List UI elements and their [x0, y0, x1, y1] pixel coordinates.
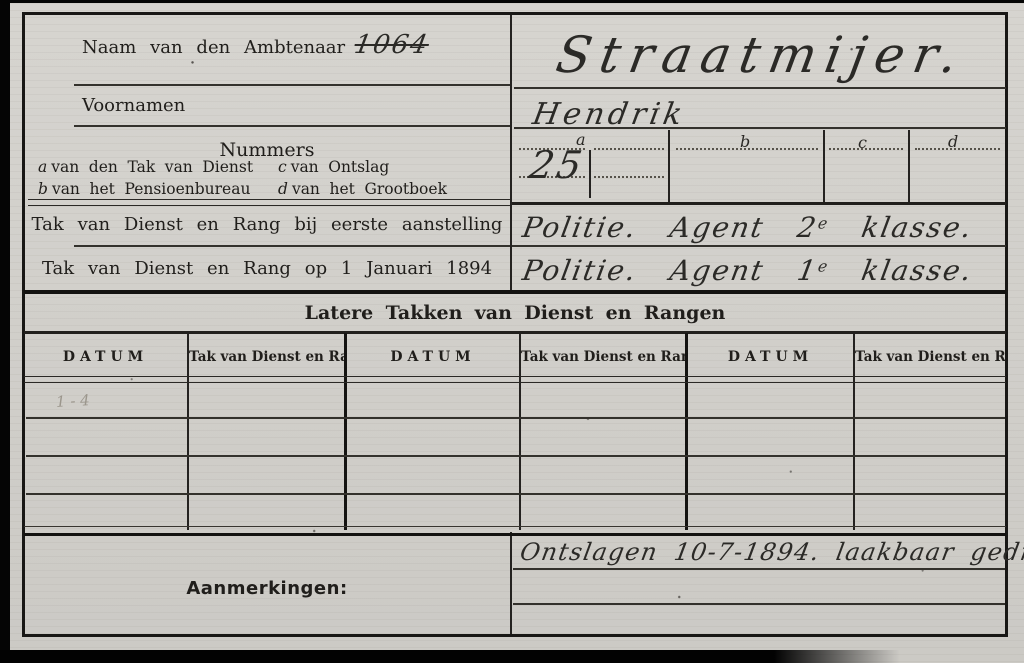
table-title-rule [24, 331, 1006, 334]
numbers-divider-a-sub [589, 150, 591, 198]
table-header-datum-1: DATUM [24, 342, 187, 372]
table-header-datum-2: DATUM [347, 342, 519, 372]
rule-numbers-right [512, 202, 1006, 205]
firstnames-label: Voornamen [82, 95, 185, 116]
numbers-legend-c: cvan Ontslag [278, 158, 389, 176]
legend-key-c: c [278, 158, 287, 176]
legend-key-a: a [38, 158, 47, 176]
dotted-a2-bottom [594, 176, 664, 178]
dotted-a2-top [594, 148, 664, 150]
table-header-bottom-rule [24, 376, 1006, 383]
rule-firstnames-left [74, 125, 510, 127]
numbers-column-b: b [740, 132, 750, 151]
rank-1894-handwritten-value: Politie. Agent 1e klasse. [520, 254, 976, 287]
numbers-divider-ab [668, 130, 670, 204]
legend-text-c: van Ontslag [291, 158, 390, 176]
firstnames-handwritten-value: Hendrik [530, 97, 689, 132]
legend-text-a: van den Tak van Dienst [51, 158, 253, 176]
rank-1894-label: Tak van Dienst en Rang op 1 Januari 1894 [22, 258, 512, 279]
rule-name-left [74, 84, 510, 86]
scan-black-band [0, 650, 900, 663]
remarks-label: Aanmerkingen: [22, 578, 512, 599]
rule-first-rank-right [512, 245, 1006, 247]
numbers-legend-a: avan den Tak van Dienst [38, 158, 253, 176]
record-card-scan: Naam van den Ambtenaar 1064 Straatmijer.… [0, 0, 1024, 663]
numbers-column-c: c [858, 133, 867, 152]
numbers-column-d: d [948, 132, 958, 151]
name-struck-number: 1064 [352, 30, 431, 60]
legend-text-d: van het Grootboek [292, 180, 447, 198]
remarks-rule-2 [513, 603, 1005, 605]
rule-numbers-left [28, 199, 510, 206]
table-header-datum-3: DATUM [688, 342, 853, 372]
rule-name-right [514, 87, 1006, 89]
table-top-rule [24, 290, 1006, 294]
legend-key-d: d [278, 180, 288, 198]
numbers-legend-b: bvan het Pensioenbureau [38, 180, 250, 198]
table-header-tak-3: Tak van Dienst en Rang [855, 342, 1006, 372]
later-table-title: Latere Takken van Dienst en Rangen [24, 302, 1006, 324]
legend-key-b: b [38, 180, 48, 198]
first-rank-main: Politie. Agent 2 [520, 211, 820, 244]
table-header-tak-2: Tak van Dienst en Rang [521, 342, 685, 372]
table-bottom-rule [24, 526, 1006, 536]
first-rank-label: Tak van Dienst en Rang bij eerste aanste… [22, 214, 512, 235]
rank-1894-rest: klasse. [826, 254, 976, 287]
table-row-rule-1 [26, 417, 1005, 419]
remarks-rule-1 [513, 568, 1005, 570]
numbers-legend-d: dvan het Grootboek [278, 180, 447, 198]
name-label: Naam van den Ambtenaar [82, 37, 345, 58]
numbers-divider-cd [908, 130, 910, 204]
numbers-divider-bc [823, 130, 825, 204]
table-row-rule-3 [26, 493, 1005, 495]
first-rank-handwritten-value: Politie. Agent 2e klasse. [520, 211, 976, 244]
table-row-rule-2 [26, 455, 1005, 457]
table-pencil-note: 1 - 4 [56, 391, 91, 411]
numbers-value-a: 25 [526, 143, 588, 187]
legend-text-b: van het Pensioenbureau [52, 180, 251, 198]
remarks-handwritten-value: Ontslagen 10-7-1894. laakbaar gedrag [518, 538, 1024, 566]
table-header-tak-1: Tak van Dienst en Rang [189, 342, 344, 372]
rank-1894-main: Politie. Agent 1 [520, 254, 820, 287]
first-rank-rest: klasse. [826, 211, 976, 244]
name-handwritten-value: Straatmijer. [552, 26, 971, 84]
rule-first-rank-left [74, 245, 510, 247]
